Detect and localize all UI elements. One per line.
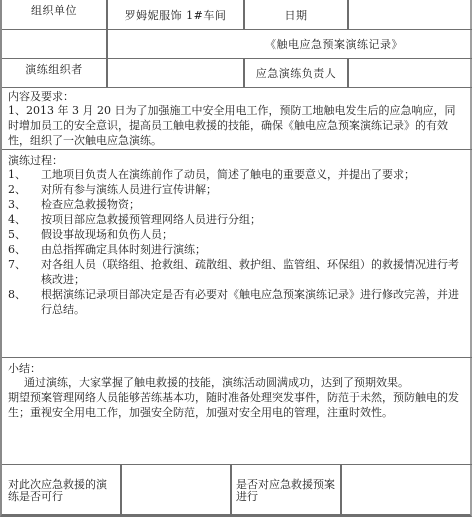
- drill-leader-label: 应急演练负责人: [245, 59, 347, 87]
- drill-leader-value[interactable]: [349, 59, 472, 87]
- summary-line-2: 期望预案管理网络人员能够苦练基本功，随时准备处理突发事件，防范于未然，预防触电的…: [8, 390, 464, 420]
- org-unit-value[interactable]: 罗姆妮服饰 1#车间: [108, 0, 243, 29]
- process-item: 5、假设事故现场和负伤人员；: [8, 227, 462, 242]
- blank-cell: [2, 30, 106, 58]
- date-label: 日期: [245, 0, 347, 29]
- row-divider: [2, 357, 472, 358]
- feasibility-label: 对此次应急救援的演练是否可行: [2, 465, 120, 516]
- date-value[interactable]: [349, 0, 472, 29]
- process-section-title: 演练过程：: [8, 152, 63, 168]
- process-item: 8、根据演练记录项目部决定是否有必要对《触电应急预案演练记录》进行修改完善，并进…: [8, 287, 462, 317]
- org-unit-label: 组织单位: [2, 0, 106, 20]
- process-list: 1、工地项目负责人在演练前作了动员，简述了触电的重要意义，并提出了要求； 2、对…: [8, 167, 462, 317]
- content-text: 1、2013 年 3 月 20 日为了加强施工中安全用电工作，预防工地触电发生后…: [8, 103, 464, 148]
- organizer-label: 演练组织者: [2, 59, 106, 79]
- process-item: 2、对所有参与演练人员进行宣传讲解；: [8, 182, 462, 197]
- summary-line-1: 通过演练，大家掌握了触电救援的技能，演练活动圆满成功，达到了预期效果。: [8, 375, 464, 390]
- feasibility-value[interactable]: [122, 465, 230, 516]
- process-item: 6、由总指挥确定具体时刻进行演练；: [8, 242, 462, 257]
- organizer-value[interactable]: [108, 59, 243, 87]
- process-item: 7、对各组人员（联络组、抢救组、疏散组、救护组、监管组、环保组）的救援情况进行考…: [8, 257, 462, 287]
- content-section-title: 内容及要求：: [8, 88, 74, 104]
- row-divider: [2, 149, 472, 150]
- revise-plan-value[interactable]: [342, 465, 472, 516]
- revise-plan-label: 是否对应急救援预案进行: [232, 465, 340, 516]
- summary-section-title: 小结：: [8, 360, 41, 376]
- drill-record-form: 组织单位 罗姆妮服饰 1#车间 日期 《触电应急预案演练记录》 演练组织者 应急…: [0, 0, 472, 517]
- process-item: 1、工地项目负责人在演练前作了动员，简述了触电的重要意义，并提出了要求；: [8, 167, 462, 182]
- form-title: 《触电应急预案演练记录》: [108, 30, 472, 58]
- process-item: 4、按项目部应急救援预管理网络人员进行分组；: [8, 212, 462, 227]
- process-item: 3、检查应急救援物资；: [8, 197, 462, 212]
